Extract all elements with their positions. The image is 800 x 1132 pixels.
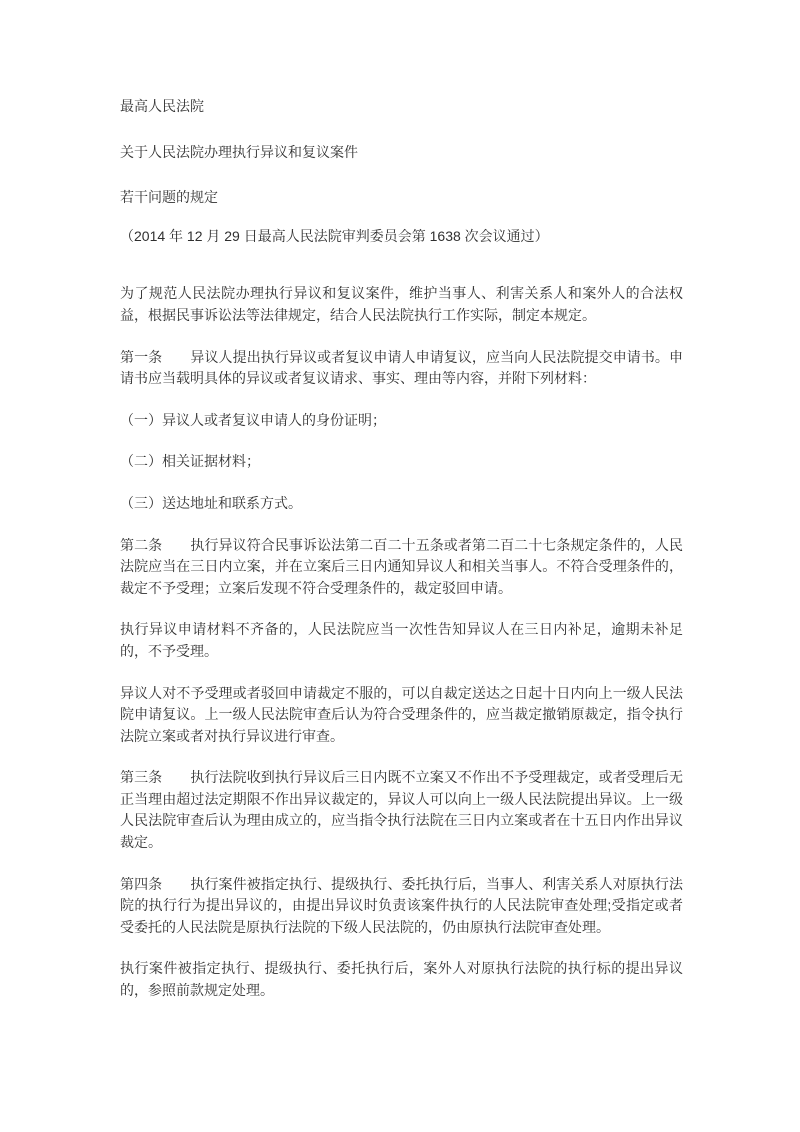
document-paragraph: （二）相关证据材料；: [120, 451, 683, 473]
document-page: 最高人民法院关于人民法院办理执行异议和复议案件若干问题的规定（2014 年 12…: [0, 0, 800, 1132]
document-paragraph: 第三条 执行法院收到执行异议后三日内既不立案又不作出不予受理裁定，或者受理后无正…: [120, 767, 683, 853]
document-paragraph: 异议人对不予受理或者驳回申请裁定不服的，可以自裁定送达之日起十日内向上一级人民法…: [120, 683, 683, 748]
document-paragraph: （一）异议人或者复议申请人的身份证明；: [120, 410, 683, 432]
document-paragraph: 第二条 执行异议符合民事诉讼法第二百二十五条或者第二百二十七条规定条件的，人民法…: [120, 535, 683, 600]
document-paragraph: 执行异议申请材料不齐备的，人民法院应当一次性告知异议人在三日内补足，逾期未补足的…: [120, 619, 683, 662]
document-paragraph: 为了规范人民法院办理执行异议和复议案件，维护当事人、利害关系人和案外人的合法权益…: [120, 283, 683, 326]
document-title-line: 若干问题的规定: [120, 187, 683, 209]
document-meta-line: （2014 年 12 月 29 日最高人民法院审判委员会第 1638 次会议通过…: [120, 226, 683, 248]
document-title-line: 关于人民法院办理执行异议和复议案件: [120, 142, 683, 164]
document-paragraph: 执行案件被指定执行、提级执行、委托执行后，案外人对原执行法院的执行标的提出异议的…: [120, 958, 683, 1001]
document-paragraph: 第四条 执行案件被指定执行、提级执行、委托执行后，当事人、利害关系人对原执行法院…: [120, 874, 683, 939]
document-paragraph: （三）送达地址和联系方式。: [120, 493, 683, 515]
document-paragraph: 第一条 异议人提出执行异议或者复议申请人申请复议，应当向人民法院提交申请书。申请…: [120, 347, 683, 390]
document-content: 最高人民法院关于人民法院办理执行异议和复议案件若干问题的规定（2014 年 12…: [120, 96, 683, 1002]
document-title-line: 最高人民法院: [120, 96, 683, 118]
